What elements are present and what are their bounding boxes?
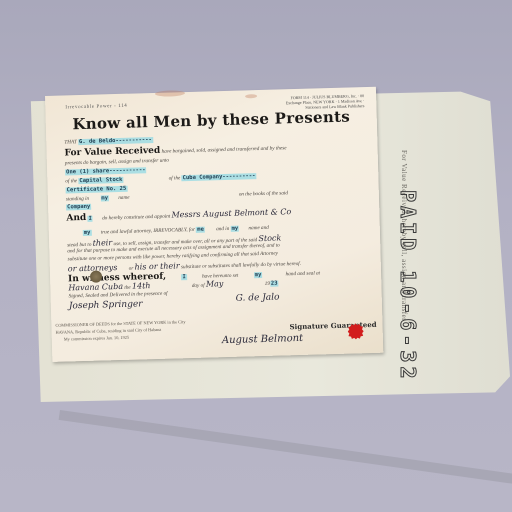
presents-text: presents do bargain, sell, assign and tr… [65,158,169,167]
company-fill-line: Company [66,204,91,211]
table-shadow [59,410,512,492]
perforation-cancel-stamp: PAID 10-6-32 [396,190,420,383]
page-title: Know all Men by these Presents [46,107,377,134]
standing-label: standing in [66,196,89,203]
hand-seal-text: hand and seal at [286,270,321,277]
appoint-line: And I do hereby constitute and appoint M… [66,207,291,223]
name-label: name [118,195,129,201]
notary-line-3: My commission expires Jan. 10, 1925 [64,335,129,342]
company-name: Cuba Company---------- [182,173,257,181]
for-value-label: For Value Received [64,146,160,159]
books-label: on the books of the said [239,190,288,197]
year-suffix: 23 [270,281,279,287]
year-prefix: 19 [265,281,270,287]
and-in-label: and in [216,226,229,232]
for-value-line: For Value Received have bargained, sold,… [64,142,286,158]
and-value: I [87,216,92,222]
guarantor-signature: August Belmont [222,333,304,346]
signature-guaranteed-stamp: Signature Guaranteed [289,320,376,331]
day-handwritten: 14th [132,281,151,291]
the-label: the [124,285,131,291]
for-value-text: have bargained, sold, assigned and trans… [161,145,286,154]
name-and-label: name and [248,225,268,232]
month-handwritten: May [206,279,224,288]
notary-line-1: COMMISSIONER OF DEEDS for the STATE OF N… [55,319,185,328]
his-handwritten: his or their [134,261,179,271]
of-the-label: of the [65,178,77,184]
certificate-number: Certificate No. 25 [66,186,128,194]
day-of-label: day of [192,283,205,289]
certificate-line: Certificate No. 25 [66,186,128,194]
attorney-text: true and lawful attorney, IRREVOCABLY, f… [101,227,195,236]
my-fill: my [83,230,92,236]
grantor-signature: G. de Jalo [236,293,280,304]
witness-signature: Joseph Springer [69,299,143,311]
that-line: THAT G. de Beldo----------- [64,137,153,145]
of-the-label-2: of the [169,175,181,181]
appoint-text: do hereby constitute and appoint [102,214,170,222]
or-label: or [129,266,134,272]
my-fill-2: my [230,226,239,232]
stain [155,90,185,97]
standing-value: my [100,195,109,201]
stock-type: Capital Stock [78,177,123,184]
stock-power-document: Irrevocable Power - 114 FORM 114 · JULIU… [45,87,383,362]
that-label: THAT [64,139,77,145]
attorney-name-handwritten: Messrs August Belmont & Co [171,207,291,219]
place-handwritten: Havana Cuba [68,282,123,293]
form-number: Irrevocable Power - 114 [65,104,127,111]
stain [245,94,257,98]
me-fill: me [196,227,205,233]
company-fill: Company [66,204,91,211]
grantor-name: G. de Beldo----------- [78,137,153,145]
presents-line: presents do bargain, sell, assign and tr… [65,158,169,167]
and-label: And [66,213,86,224]
shares-line: One (1) share----------- [65,167,147,175]
shares-value: One (1) share----------- [65,167,147,175]
stock-line: of the Capital Stock of the Cuba Company… [65,173,256,184]
notary-line-2: HAVANA, Republic of Cuba, residing in sa… [56,327,162,335]
